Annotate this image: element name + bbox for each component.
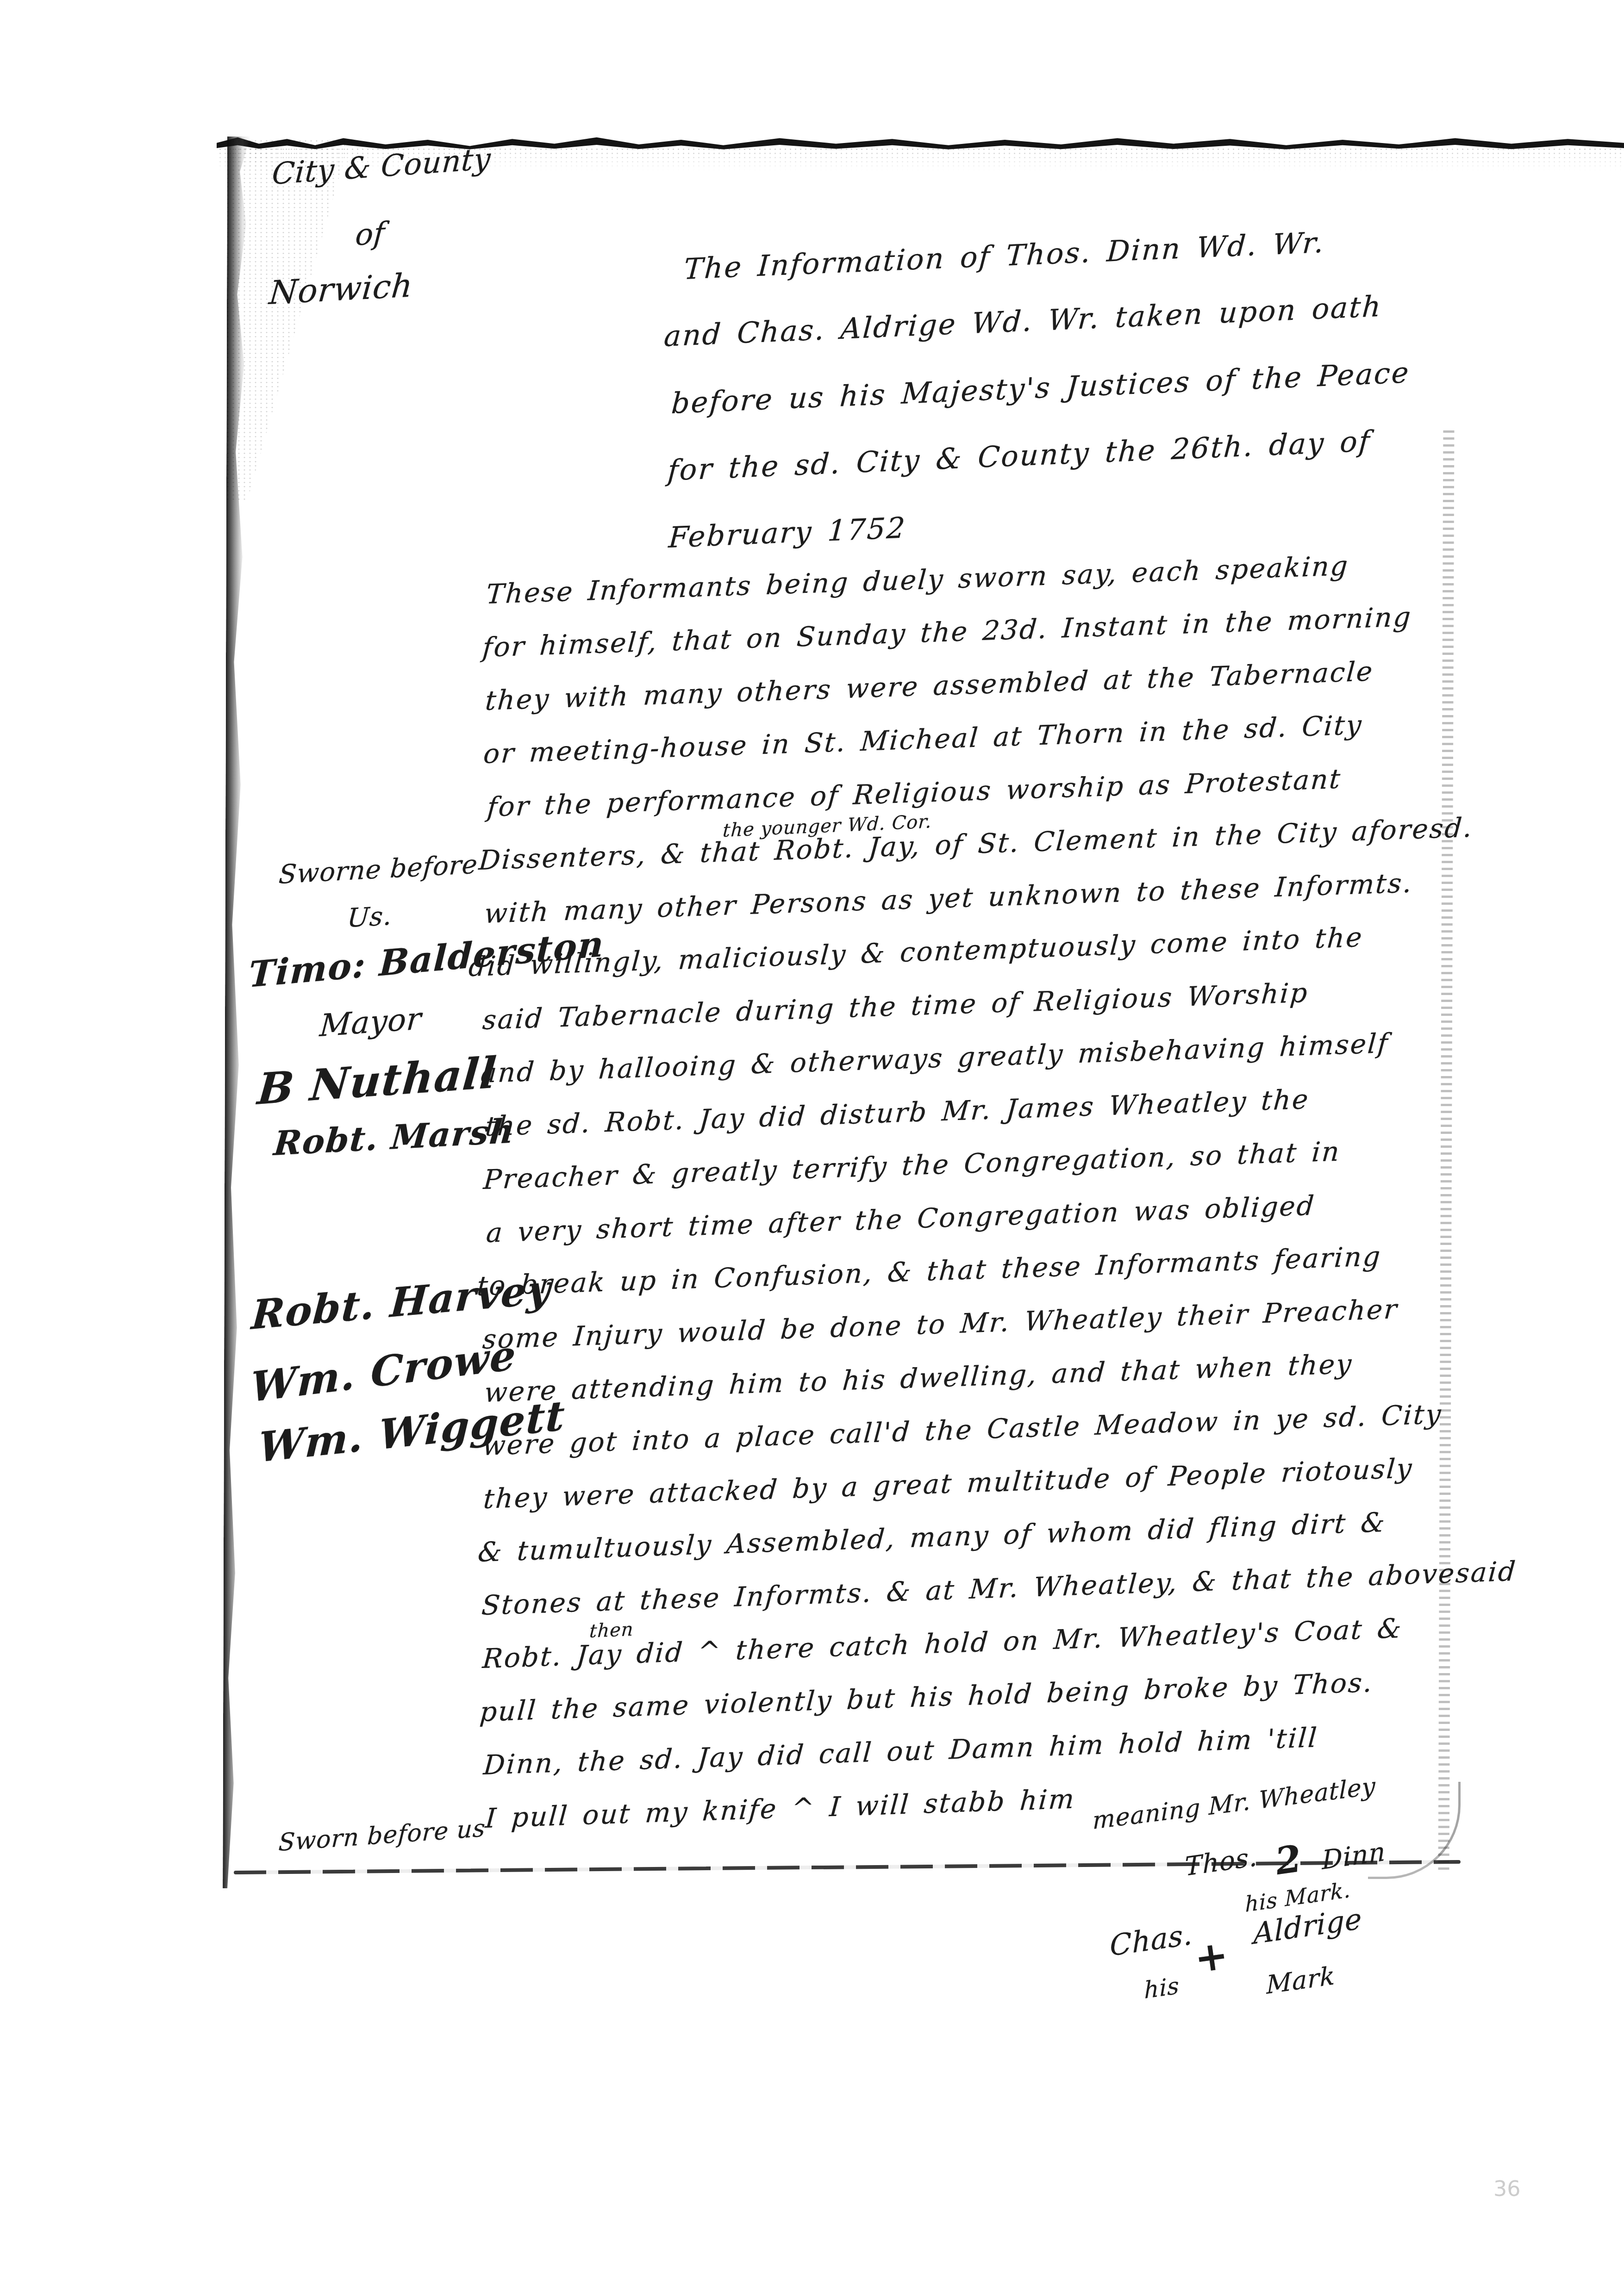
dinn-forename: Thos. <box>1185 1842 1258 1882</box>
aldrige-mark-label: Mark <box>1266 1961 1336 2000</box>
sworn-before-us-bottom-note: Sworn before us <box>278 1814 486 1857</box>
manuscript-line: pull the same violently but his hold bei… <box>479 1667 1374 1728</box>
sworne-before-note-line: Sworne before <box>278 849 479 890</box>
heading-line: and Chas. Aldrige Wd. Wr. taken upon oat… <box>663 289 1383 353</box>
aldrige-mark-glyph: + <box>1192 1931 1231 1982</box>
manuscript-line: were got into a place call'd the Castle … <box>481 1398 1443 1462</box>
manuscript-line: a very short time after the Congregation… <box>485 1189 1317 1249</box>
manuscript-line: were attending him to his dwelling, and … <box>483 1348 1354 1408</box>
manuscript-line: they were attacked by a great multitude … <box>482 1452 1414 1515</box>
sworne-before-note-line: Us. <box>346 901 393 933</box>
justice-title-mayor: Mayor <box>319 1001 423 1044</box>
paper-right-edge <box>1438 430 1455 1870</box>
manuscript-line: Stones at these Informts. & at Mr. Wheat… <box>481 1556 1518 1621</box>
manuscript-line: Dissenters, & that Robt. Jay, of St. Cle… <box>478 812 1474 876</box>
manuscript-line: said Tabernacle during the time of Relig… <box>481 977 1310 1036</box>
manuscript-line: the sd. Robt. Jay did disturb Mr. James … <box>484 1083 1311 1142</box>
manuscript-line: & tumultuously Assembled, many of whom d… <box>477 1506 1387 1568</box>
heading-line: February 1752 <box>668 510 907 554</box>
manuscript-line: and by hallooing & otherways greatly mis… <box>480 1027 1390 1089</box>
heading-line: before us his Majesty's Justices of the … <box>670 355 1411 420</box>
aldrige-his-label: his <box>1144 1972 1180 2004</box>
manuscript-line: some Injury would be done to Mr. Wheatle… <box>481 1293 1399 1355</box>
county-heading-line: of <box>354 216 386 253</box>
manuscript-line: for himself, that on Sunday the 23d. Ins… <box>481 601 1413 663</box>
manuscript-line: I pull out my knife ^ I will stabb him <box>484 1783 1076 1834</box>
interlined-insertion: then <box>589 1619 634 1642</box>
heading-line: for the sd. City & County the 26th. day … <box>667 424 1372 487</box>
meaning-note: meaning Mr. Wheatley <box>1093 1772 1376 1835</box>
scan-noise-top-left <box>225 139 350 500</box>
manuscript-line: they with many others were assembled at … <box>484 655 1375 716</box>
justice-signature-balderston: Timo: Balderston <box>248 923 606 996</box>
pencil-page-number: 36 <box>1493 2176 1521 2201</box>
scanned-document-page: City & County of Norwich The Information… <box>0 0 1624 2296</box>
dinn-mark-glyph: 2 <box>1273 1836 1305 1883</box>
manuscript-line: Preacher & greatly terrify the Congregat… <box>482 1135 1342 1195</box>
justice-signature-marsh: Robt. Marsh <box>272 1111 517 1163</box>
county-heading-line: Norwich <box>268 266 414 312</box>
heading-line: The Information of Thos. Dinn Wd. Wr. <box>683 225 1326 286</box>
manuscript-line: Dinn, the sd. Jay did call out Damn him … <box>482 1722 1319 1781</box>
manuscript-line: to break up in Confusion, & that these I… <box>476 1240 1383 1302</box>
manuscript-line: These Informants being duely sworn say, … <box>485 550 1350 610</box>
aldrige-forename: Chas. <box>1110 1917 1193 1963</box>
manuscript-line: or meeting-house in St. Micheal at Thorn… <box>482 709 1364 770</box>
manuscript-line: with many other Persons as yet unknown t… <box>483 867 1414 929</box>
justice-signature-crowe: Wm. Crowe <box>250 1330 517 1412</box>
justice-signature-nuthall: B Nuthall <box>256 1047 499 1114</box>
